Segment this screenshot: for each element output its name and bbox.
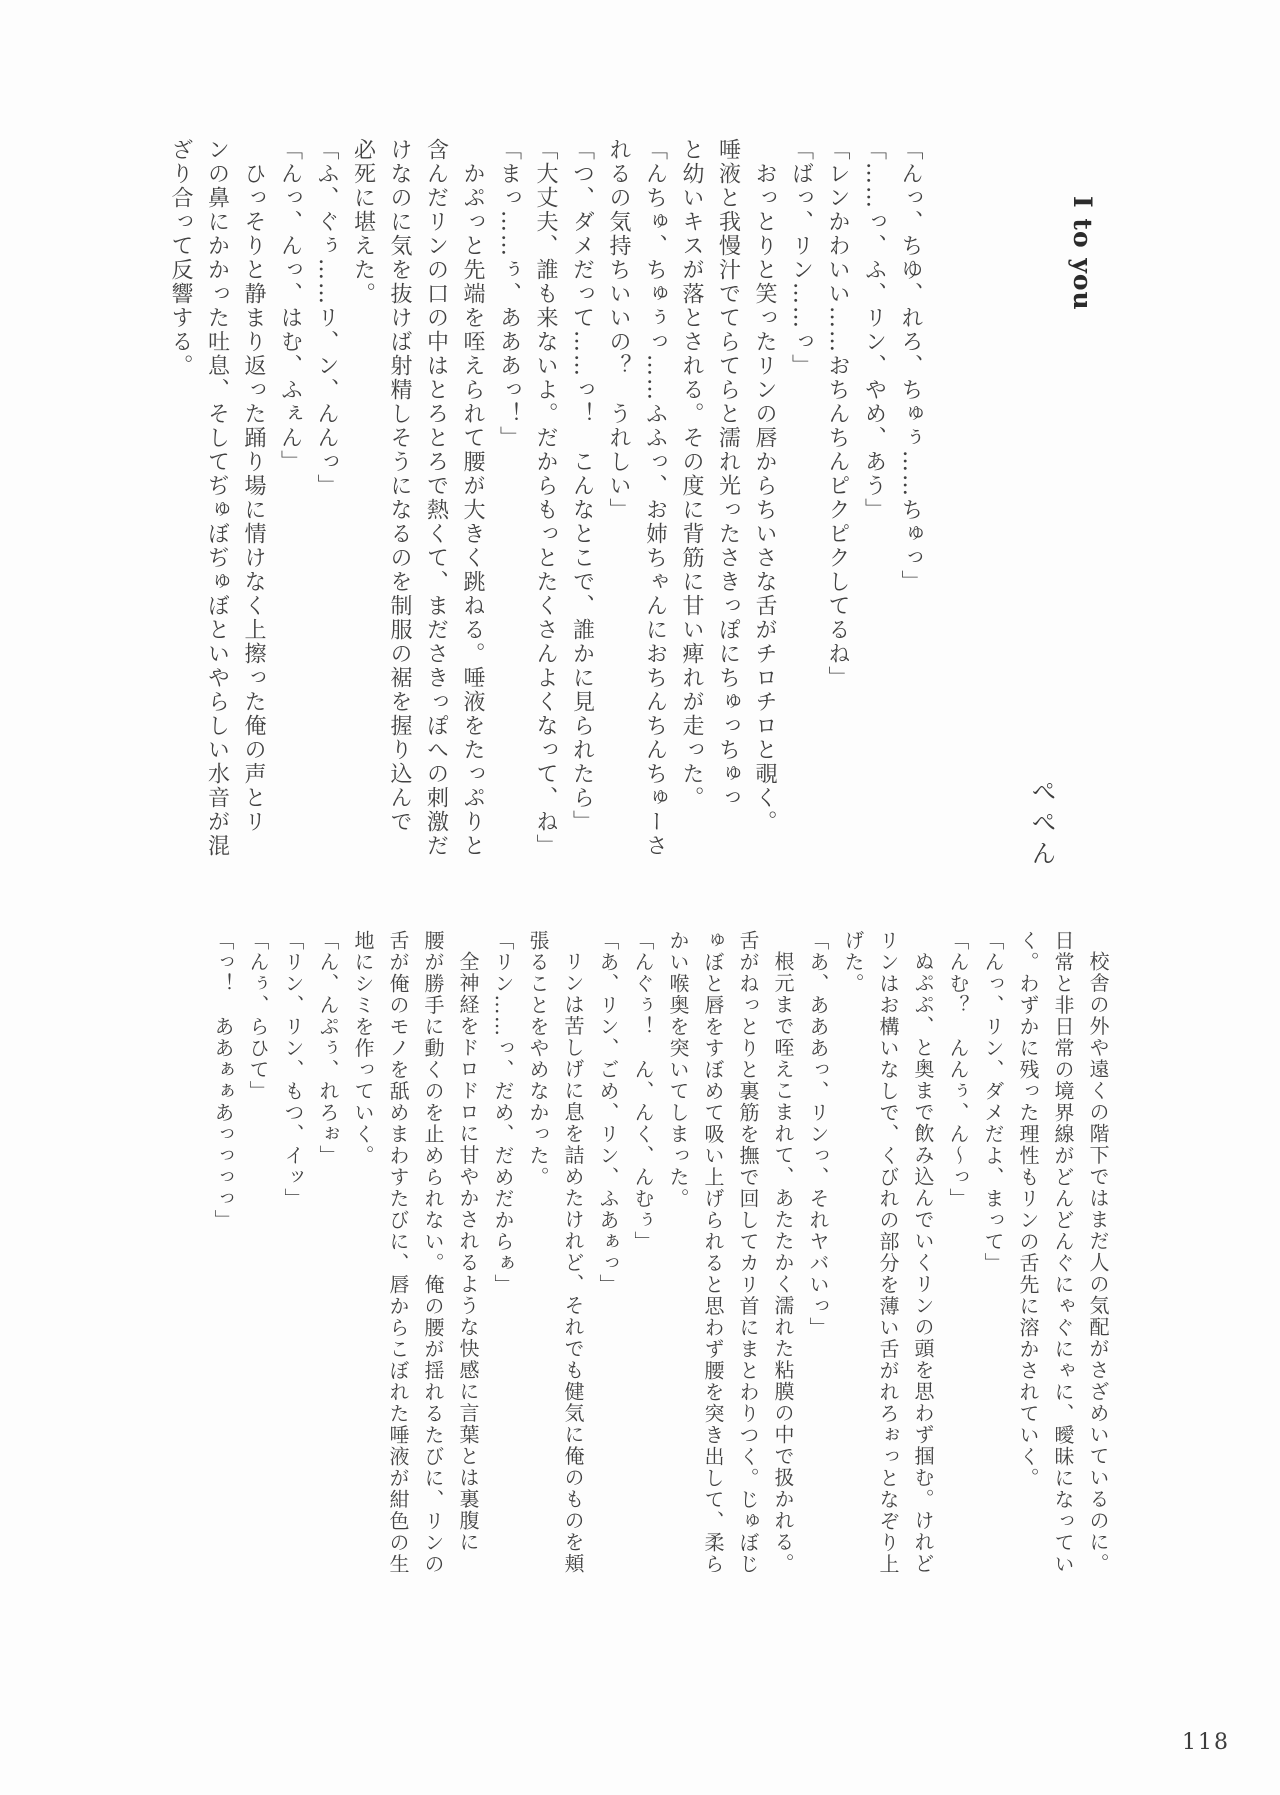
- text-line: 「ふ、ぐぅ……リ、ン、んんっ」: [308, 138, 345, 918]
- text-line: ゅぼと唇をすぼめて吸い上げられると思わず腰を突き出して、柔ら: [695, 930, 730, 1630]
- text-line: 「んっ、リン、ダメだよ、まって」: [975, 930, 1010, 1630]
- text-line: 舌がねっとりと裏筋を撫で回してカリ首にまとわりつく。じゅぼじ: [730, 930, 765, 1630]
- text-line: 「ばっ、リン……っ」: [782, 138, 819, 918]
- text-line: ひっそりと静まり返った踊り場に情けなく上擦った俺の声とリ: [235, 138, 272, 918]
- text-line: 全神経をドロドロに甘やかされるような快感に言葉とは裏腹に: [450, 930, 485, 1630]
- text-line: 「リン、リン、もつ、イッ」: [275, 930, 310, 1630]
- text-line: 「つ、ダメだって……っ！ こんなとこで、誰かに見られたら」: [563, 138, 600, 918]
- text-line: れるの気持ちいいの？ うれしい」: [600, 138, 637, 918]
- text-line: 唾液と我慢汁でてらてらと濡れ光ったさきっぽにちゅっちゅっ: [709, 138, 746, 918]
- text-line: ぬぷぷ、と奥まで飲み込んでいくリンの頭を思わず掴む。けれど: [905, 930, 940, 1630]
- text-line: 日常と非日常の境界線がどんどんぐにゃぐにゃに、曖昧になってい: [1045, 930, 1080, 1630]
- text-line: 「っ！ ああぁぁあっっっっ」: [205, 930, 240, 1630]
- text-line: 舌が俺のモノを舐めまわすたびに、唇からこぼれた唾液が紺色の生: [380, 930, 415, 1630]
- text-line: 「んちゅ、ちゅぅっ……ふふっ、お姉ちゃんにおちんちんちゅーさ: [636, 138, 673, 918]
- text-line: 張ることをやめなかった。: [520, 930, 555, 1630]
- page-number: 118: [1182, 1730, 1230, 1755]
- text-line: 「まっ……ぅ、あああっ！」: [490, 138, 527, 918]
- page-title: I to you: [1068, 196, 1097, 316]
- text-line: 「んぐぅ！ ん、んく、んむぅ」: [625, 930, 660, 1630]
- text-line: 根元まで咥えこまれて、あたたかく濡れた粘膜の中で扱かれる。: [765, 930, 800, 1630]
- text-line: 必死に堪えた。: [344, 138, 381, 918]
- text-line: く。わずかに残った理性もリンの舌先に溶かされていく。: [1010, 930, 1045, 1630]
- text-block-top: 「んっ、ちゆ、れろ、ちゅぅ……ちゅっ」「……っ、ふ、リン、やめ、あう」「レンかわ…: [162, 138, 929, 918]
- author-name: ぺぺん: [1024, 778, 1060, 898]
- text-block-bottom: 校舎の外や遠くの階下ではまだ人の気配がさざめいているのに。日常と非日常の境界線が…: [205, 930, 1115, 1630]
- text-line: 「んぅ、らひて」: [240, 930, 275, 1630]
- text-line: 校舎の外や遠くの階下ではまだ人の気配がさざめいているのに。: [1080, 930, 1115, 1630]
- text-line: 「あ、リン、ごめ、リン、ふあぁっ」: [590, 930, 625, 1630]
- text-line: ざり合って反響する。: [162, 138, 199, 918]
- text-line: 「……っ、ふ、リン、やめ、あう」: [855, 138, 892, 918]
- text-line: けなのに気を抜けば射精しそうになるのを制服の裾を握り込んで: [381, 138, 418, 918]
- text-line: 「リン……っ、だめ、だめだからぁ」: [485, 930, 520, 1630]
- text-line: 「んっ、んっ、はむ、ふぇん」: [271, 138, 308, 918]
- text-line: おっとりと笑ったリンの唇からちいさな舌がチロチロと覗く。: [746, 138, 783, 918]
- text-line: 「んっ、ちゆ、れろ、ちゅぅ……ちゅっ」: [892, 138, 929, 918]
- text-line: 含んだリンの口の中はとろとろで熱くて、まださきっぽへの刺激だ: [417, 138, 454, 918]
- text-line: げた。: [835, 930, 870, 1630]
- text-line: かい喉奥を突いてしまった。: [660, 930, 695, 1630]
- text-line: リンは苦しげに息を詰めたけれど、それでも健気に俺のものを頬: [555, 930, 590, 1630]
- text-line: と幼いキスが落とされる。その度に背筋に甘い痺れが走った。: [673, 138, 710, 918]
- text-line: 「んむ？ んんぅ、ん〜っ」: [940, 930, 975, 1630]
- text-line: 「ん、んぷぅ、れろぉ」: [310, 930, 345, 1630]
- text-line: 「あ、あああっ、リンっ、それヤバいっ」: [800, 930, 835, 1630]
- text-line: 「レンかわいい……おちんちんピクピクしてるね」: [819, 138, 856, 918]
- scanned-book-page: I to you ぺぺん 「んっ、ちゆ、れろ、ちゅぅ……ちゅっ」「……っ、ふ、リ…: [0, 0, 1280, 1795]
- text-line: かぷっと先端を咥えられて腰が大きく跳ねる。唾液をたっぷりと: [454, 138, 491, 918]
- text-line: 地にシミを作っていく。: [345, 930, 380, 1630]
- text-line: ンの鼻にかかった吐息、そしてぢゅぼぢゅぼといやらしい水音が混: [198, 138, 235, 918]
- text-line: リンはお構いなしで、くびれの部分を薄い舌がれろぉっとなぞり上: [870, 930, 905, 1630]
- text-line: 「大丈夫、誰も来ないよ。だからもっとたくさんよくなって、ね」: [527, 138, 564, 918]
- text-line: 腰が勝手に動くのを止められない。俺の腰が揺れるたびに、リンの: [415, 930, 450, 1630]
